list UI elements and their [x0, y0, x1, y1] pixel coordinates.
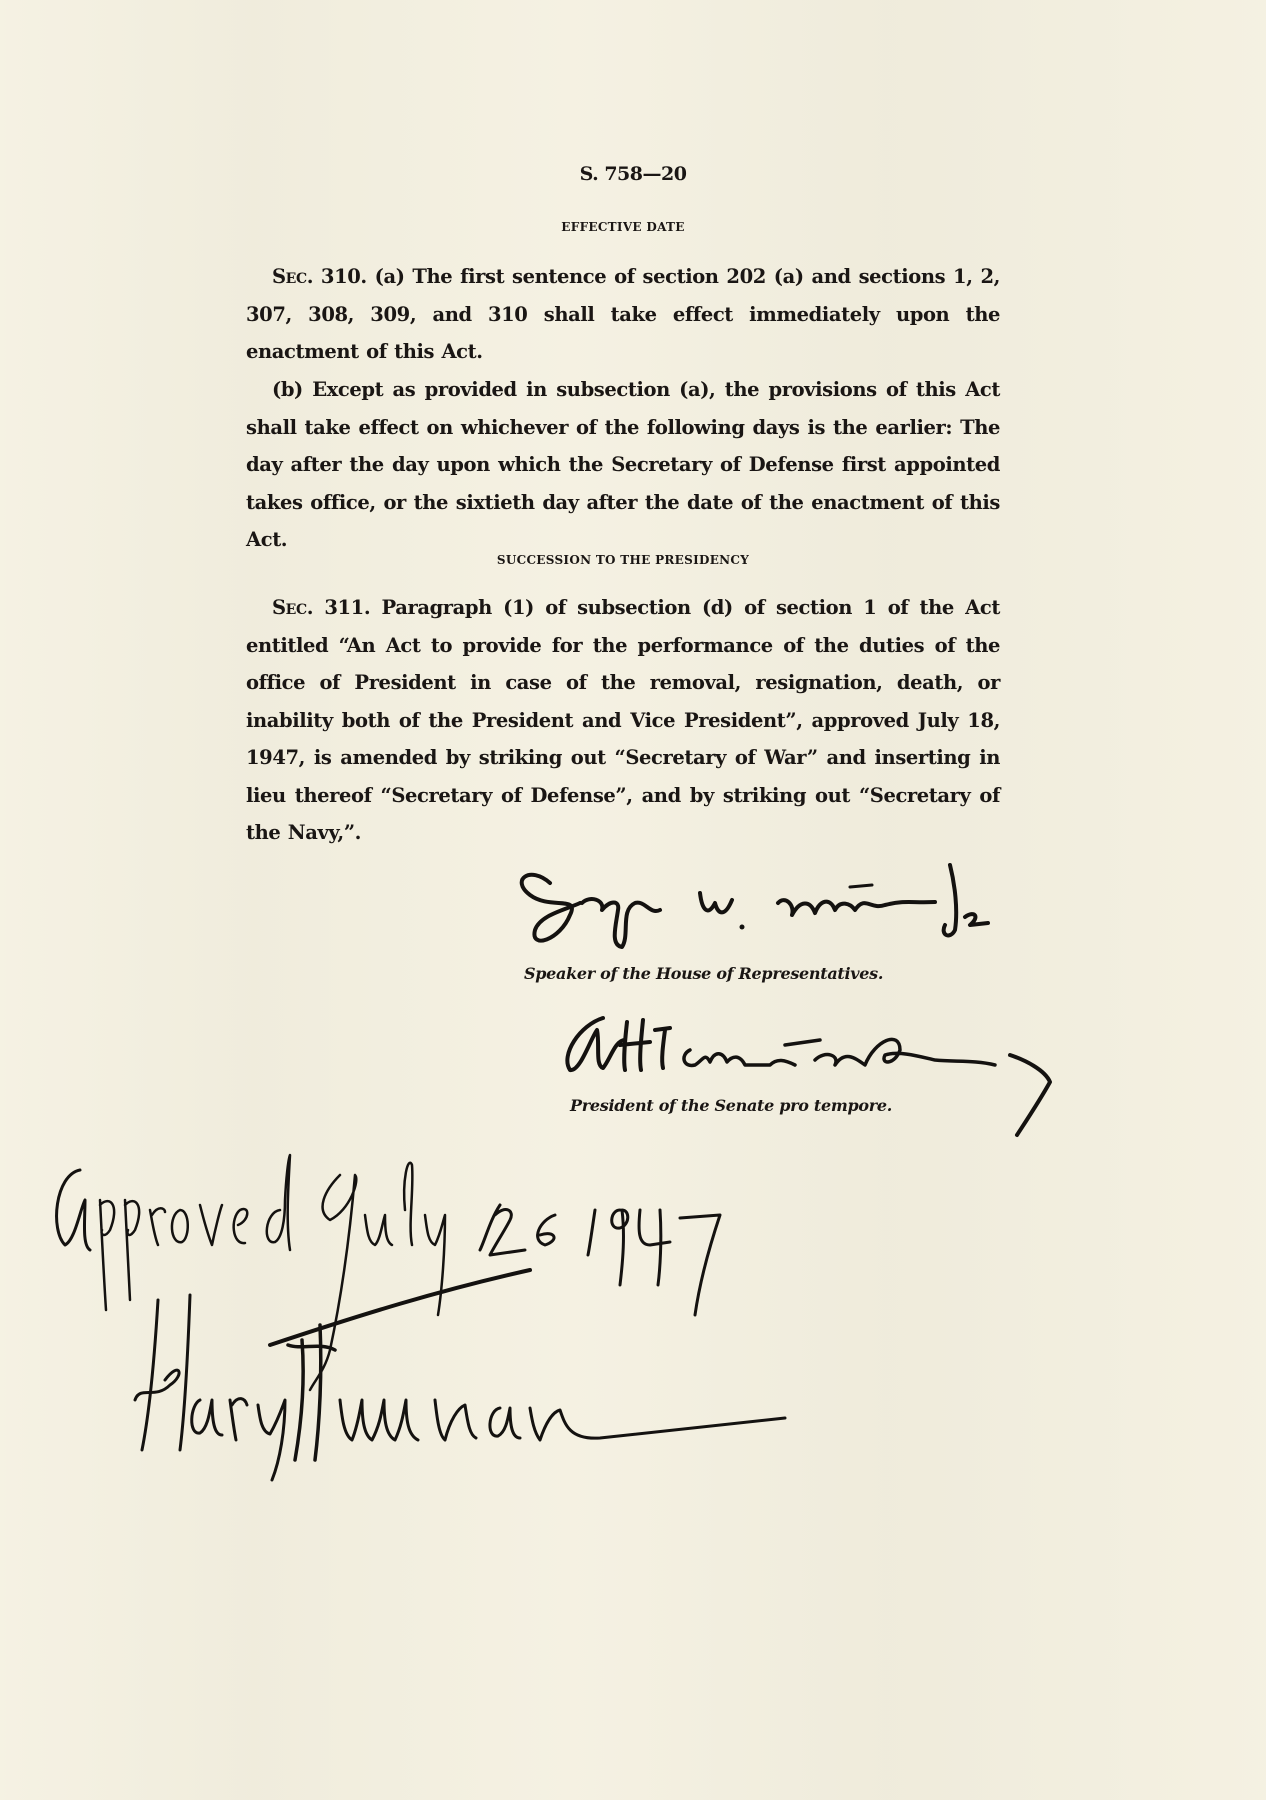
- section-310b-paragraph: (b) Except as provided in subsection (a)…: [246, 371, 1000, 559]
- senate-signature: [555, 1010, 1175, 1144]
- section-label: Sec. 310.: [272, 265, 367, 288]
- handwritten-signature-icon: [555, 1010, 1175, 1140]
- section-heading-effective-date: Effective Date: [246, 220, 1000, 234]
- paragraph-text: Paragraph (1) of subsection (d) of secti…: [246, 596, 1000, 844]
- paragraph-text: (b) Except as provided in subsection (a)…: [246, 378, 1000, 551]
- section-label: Sec. 311.: [272, 596, 370, 619]
- page-header: S. 758—20: [0, 163, 1266, 185]
- senate-caption: President of the Senate pro tempore.: [570, 1096, 892, 1115]
- section-heading-succession: Succession to the Presidency: [246, 553, 1000, 567]
- section-311-paragraph: Sec. 311. Paragraph (1) of subsection (d…: [246, 589, 1000, 852]
- handwritten-approval-icon: [40, 1150, 820, 1480]
- handwritten-signature-icon: [510, 855, 1070, 965]
- document-page: S. 758—20 Effective Date Sec. 310. (a) T…: [0, 0, 1266, 1800]
- speaker-caption: Speaker of the House of Representatives.: [524, 964, 883, 983]
- section-310a-paragraph: Sec. 310. (a) The first sentence of sect…: [246, 258, 1000, 371]
- speaker-signature: [510, 855, 1070, 969]
- approval-handwriting: [40, 1150, 820, 1484]
